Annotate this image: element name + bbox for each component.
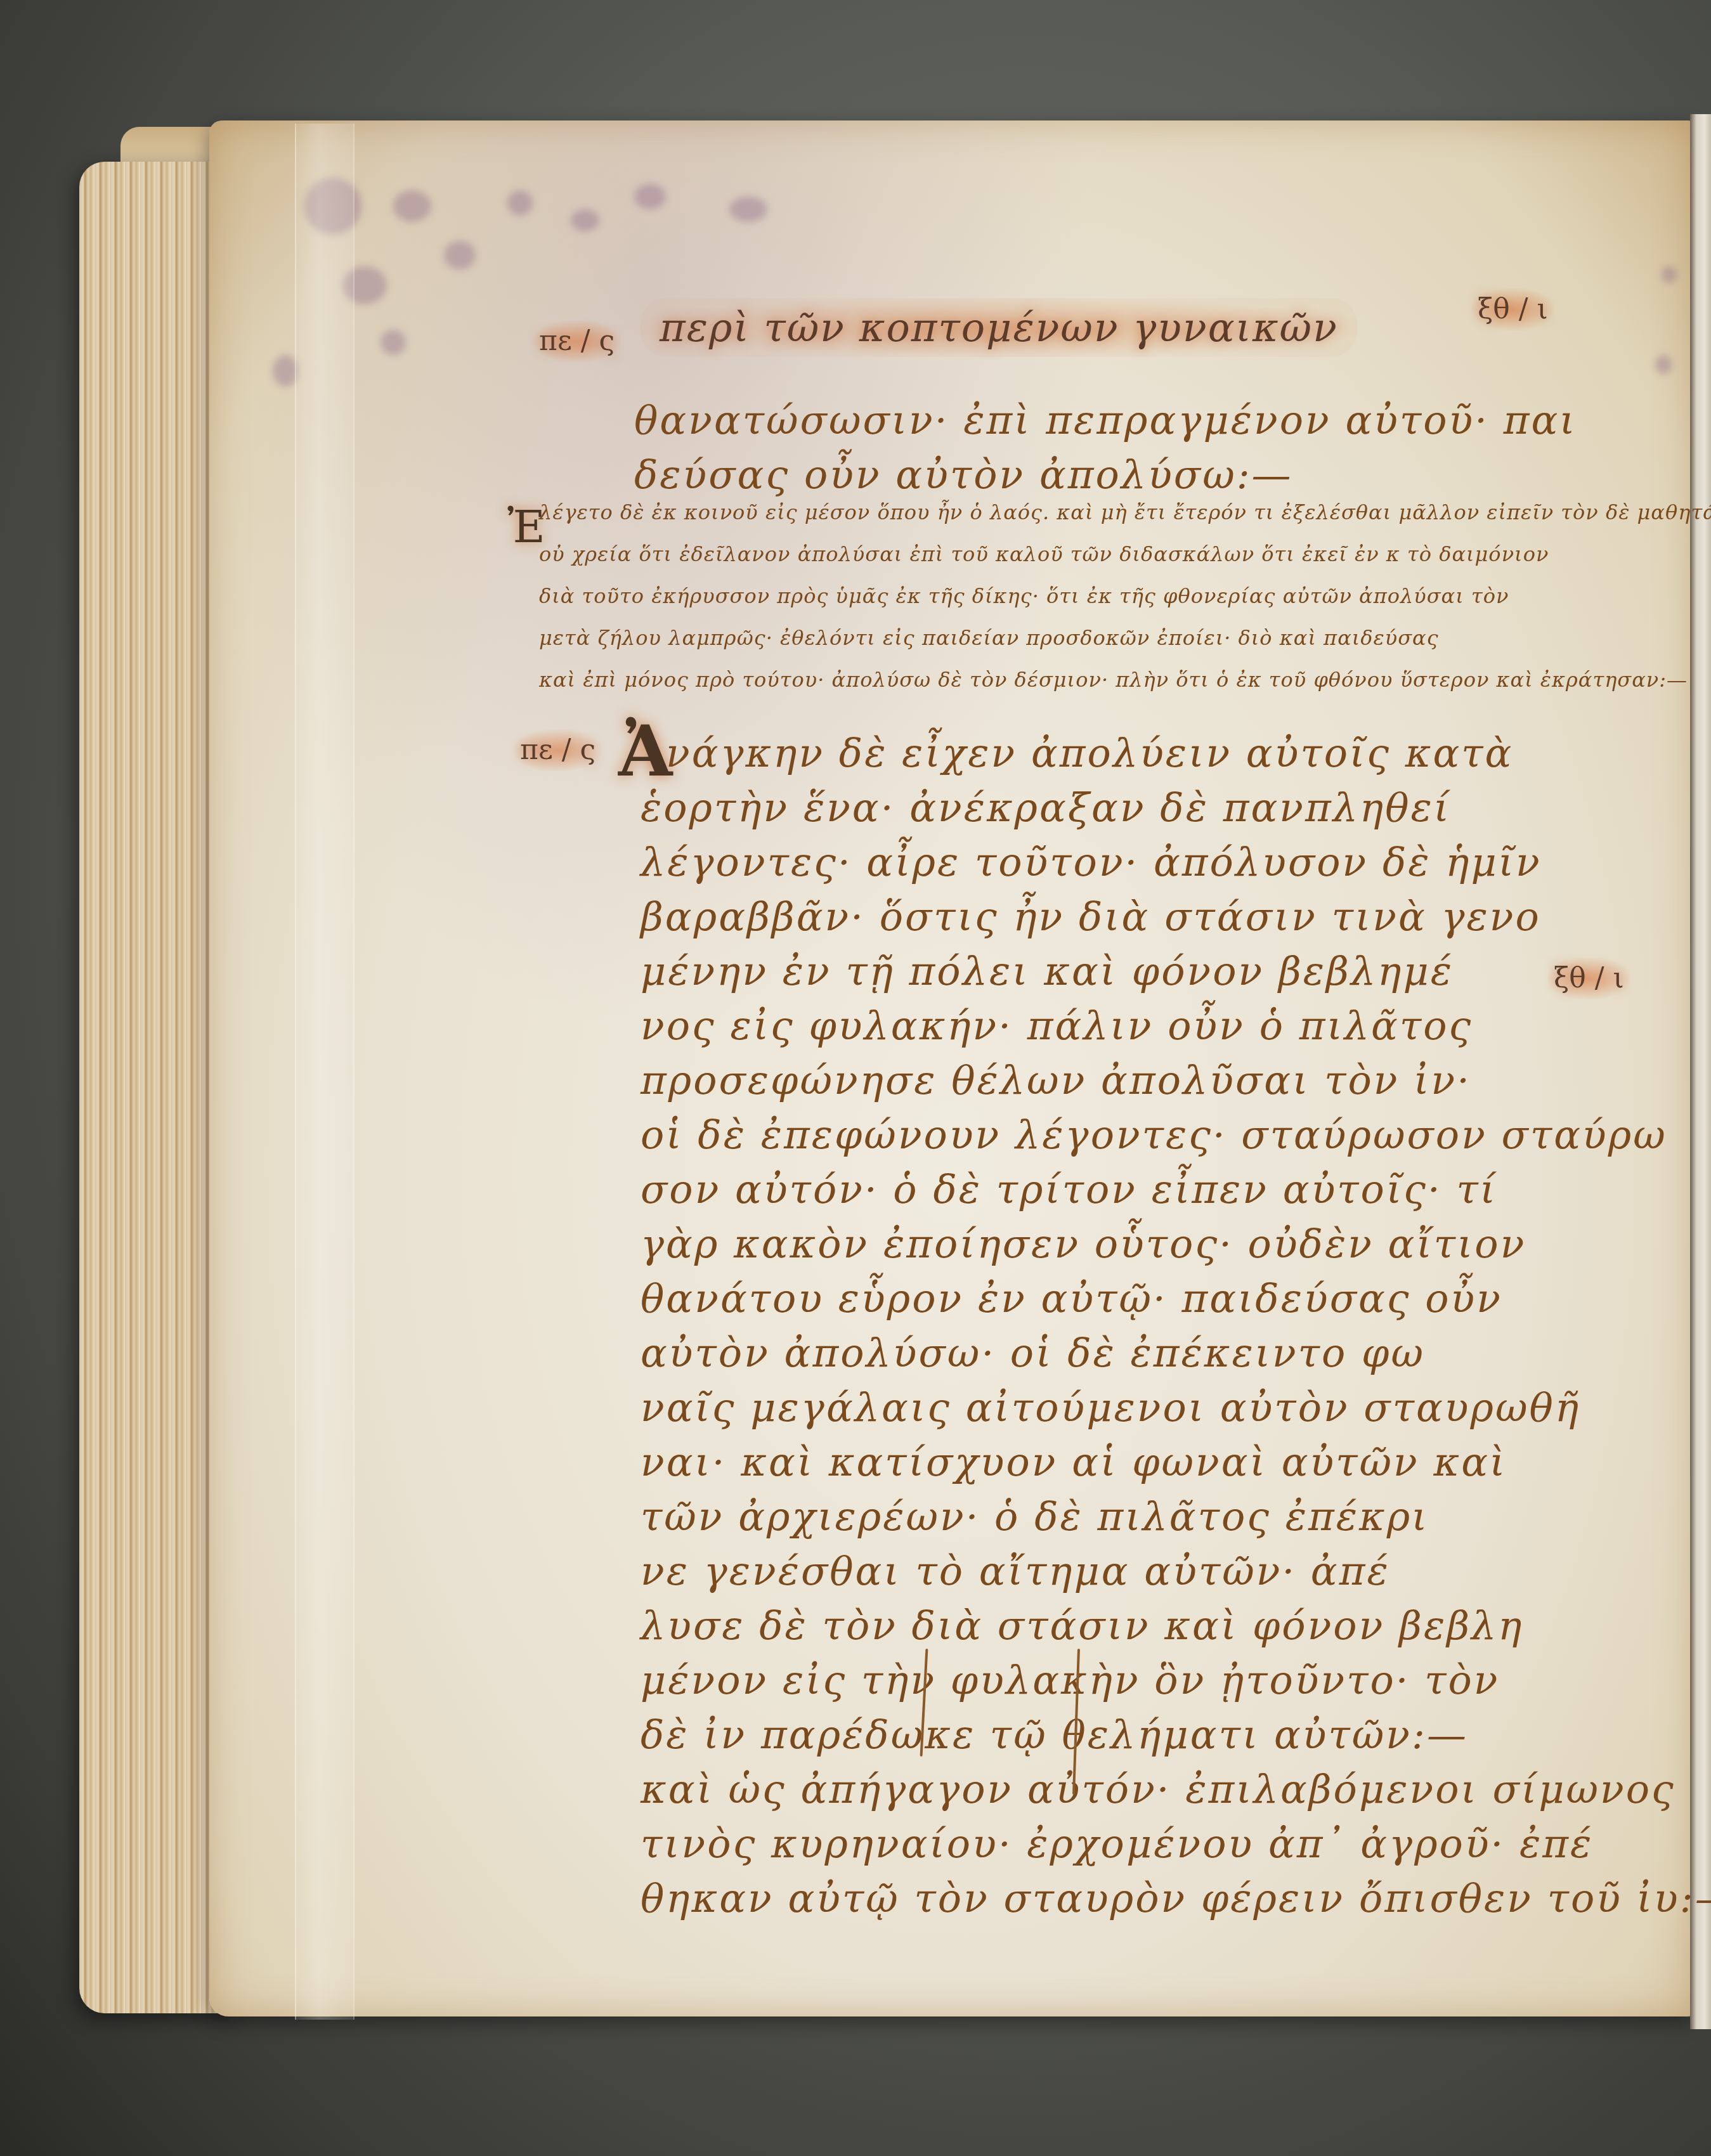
text-line: βαραββᾶν· ὅστις ἦν διὰ στάσιν τινὰ γενο [641,890,1592,944]
text-line: γὰρ κακὸν ἐποίησεν οὗτος· οὐδὲν αἴτιον [641,1217,1592,1271]
text-line: νος εἰς φυλακήν· πάλιν οὖν ὁ πιλᾶτος [641,999,1592,1053]
mould-stain [571,209,599,231]
text-line: θανάτου εὗρον ἐν αὐτῷ· παιδεύσας οὖν [641,1271,1592,1326]
text-line: ναῖς μεγάλαις αἰτούμενοι αὐτὸν σταυρωθῆ [641,1380,1592,1435]
commentary-line: λέγετο δὲ ἐκ κοινοῦ εἰς μέσον ὅπου ἦν ὁ … [539,491,1566,533]
marginal-section-number-left: πε / ς [514,729,602,771]
gospel-text-block-1: θανατώσωσιν· ἐπὶ πεπραγμένον αὐτοῦ· παι … [634,393,1560,502]
text-line: τινὸς κυρηναίου· ἐρχομένου ἀπ᾽ ἀγροῦ· ἐπ… [641,1817,1592,1871]
text-line: προσεφώνησε θέλων ἀπολῦσαι τὸν ἰν· [641,1053,1592,1108]
text-line: μένην ἐν τῇ πόλει καὶ φόνον βεβλημέ [641,944,1592,999]
decorated-initial: Ἀ [618,710,672,792]
commentary-block: λέγετο δὲ ἐκ κοινοῦ εἰς μέσον ὅπου ἦν ὁ … [539,491,1566,701]
commentary-line: μετὰ ζήλου λαμπρῶς· ἐθελόντι εἰς παιδεία… [539,617,1566,659]
text-line: δὲ ἰν παρέδωκε τῷ θελήματι αὐτῶν:— [641,1708,1592,1762]
text-line: ναι· καὶ κατίσχυον αἱ φωναὶ αὐτῶν καὶ [641,1435,1592,1490]
text-line: λυσε δὲ τὸν διὰ στάσιν καὶ φόνον βεβλη [641,1599,1592,1653]
text-line: τῶν ἀρχιερέων· ὁ δὲ πιλᾶτος ἐπέκρι [641,1490,1592,1544]
text-line: ἑορτὴν ἕνα· ἀνέκραξαν δὲ πανπληθεί [641,781,1592,835]
text-line: λέγοντες· αἶρε τοῦτον· ἀπόλυσον δὲ ἡμῖν [641,835,1592,890]
marginal-canon-number-right: ξθ / ι [1471,289,1554,330]
mould-stain [444,241,476,269]
marginal-section-number-left: πε / ς [533,320,621,362]
chapter-heading: περὶ τῶν κοπτομένων γυναικῶν [641,298,1357,357]
mould-stain [729,197,767,222]
text-line: οἱ δὲ ἐπεφώνουν λέγοντες· σταύρωσον σταύ… [641,1108,1592,1162]
text-line: καὶ ὡς ἀπήγαγον αὐτόν· ἐπιλαβόμενοι σίμω… [641,1762,1592,1817]
mould-stain [1662,266,1677,283]
mould-stain [393,190,431,222]
mould-stain [381,330,406,355]
manuscript-photo: πε / ς περὶ τῶν κοπτομένων γυναικῶν ξθ /… [0,0,1711,2156]
text-line: θηκαν αὐτῷ τὸν σταυρὸν φέρειν ὄπισθεν το… [641,1871,1592,1926]
text-line: αὐτὸν ἀπολύσω· οἱ δὲ ἐπέκειντο φω [641,1326,1592,1380]
mould-stain [273,355,298,387]
text-line: σον αὐτόν· ὁ δὲ τρίτον εἶπεν αὐτοῖς· τί [641,1162,1592,1217]
binding-gutter [1690,114,1711,2029]
text-line: μένον εἰς τὴν φυλακὴν ὃν ᾐτοῦντο· τὸν [641,1653,1592,1708]
mould-stain [507,190,533,216]
text-line: θανατώσωσιν· ἐπὶ πεπραγμένον αὐτοῦ· παι [634,393,1560,448]
stacked-page-edges [79,162,231,2013]
text-line: νε γενέσθαι τὸ αἴτημα αὐτῶν· ἀπέ [641,1544,1592,1599]
text-line: νάγκην δὲ εἶχεν ἀπολύειν αὐτοῖς κατὰ [666,726,1592,781]
gospel-text-block-2: νάγκην δὲ εἶχεν ἀπολύειν αὐτοῖς κατὰ ἑορ… [666,726,1592,1926]
mould-stain [634,184,666,209]
commentary-line: οὐ χρεία ὅτι ἐδεῖλανον ἀπολύσαι ἐπὶ τοῦ … [539,533,1566,575]
repair-tape-strip [295,124,355,2020]
commentary-line: καὶ ἐπὶ μόνος πρὸ τούτου· ἀπολύσω δὲ τὸν… [539,659,1566,701]
commentary-line: διὰ τοῦτο ἐκήρυσσον πρὸς ὑμᾶς ἐκ τῆς δίκ… [539,575,1566,617]
mould-stain [1655,355,1672,374]
